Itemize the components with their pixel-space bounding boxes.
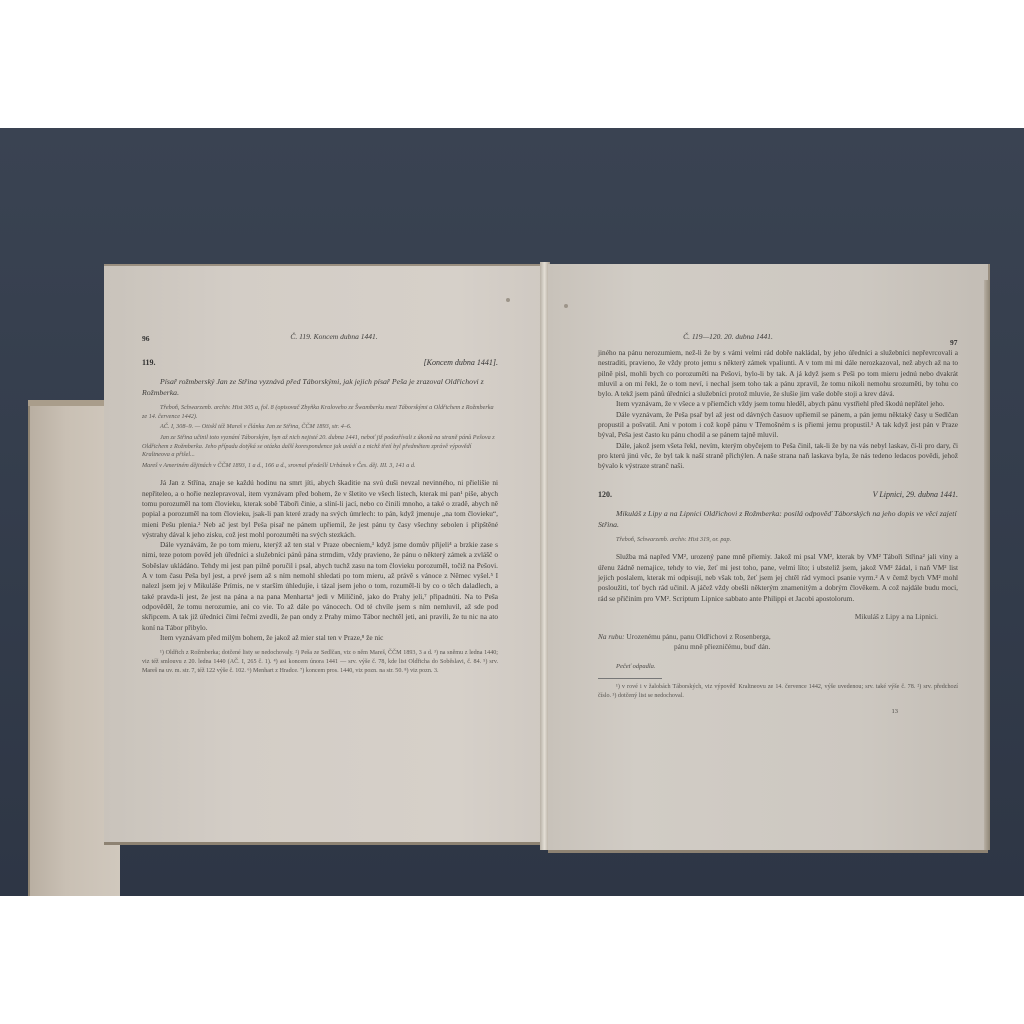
- address-line-1: Urozenému pánu, panu Oldřichovi z Rosenb…: [626, 632, 770, 641]
- document-number: 119.: [142, 358, 156, 368]
- document-date: V Lipnici, 29. dubna 1441.: [873, 490, 958, 500]
- book-photograph: 96 Č. 119. Koncem dubna 1441. 119. [Konc…: [0, 128, 1024, 896]
- source-line: Mareš v Ameriném dějinách v ČČM 1893, 1 …: [142, 462, 498, 471]
- paper-spot: [564, 304, 568, 308]
- source-line: Třeboň, Schwarzenb. archiv. Hist 305 a, …: [142, 404, 498, 421]
- book-page-edge-right: [984, 280, 990, 850]
- right-page: Č. 119—120. 20. dubna 1441. 97 jiného na…: [548, 264, 988, 850]
- address-line-2: pánu mně přiezničému, buď dán.: [598, 642, 958, 652]
- body-paragraph: jiného na pánu nerozumiem, než-li že by …: [598, 348, 958, 399]
- source-line: Třeboň, Schwarzenb. archiv. Hist 319, or…: [598, 536, 958, 545]
- right-page-content: jiného na pánu nerozumiem, než-li že by …: [598, 348, 958, 717]
- document-regest: Mikuláš z Lipy a na Lipnici Oldřichovi z…: [598, 508, 958, 530]
- body-paragraph: Dále vyznávám, že po tom mieru, kterýž a…: [142, 540, 498, 633]
- footnotes: ¹) Oldřich z Rožmberka; dotčené listy se…: [142, 649, 498, 675]
- letter-address: Na rubu: Urozenému pánu, panu Oldřichovi…: [598, 628, 958, 656]
- body-paragraph: Item vyznávam, že v všece a v přiemčich …: [598, 399, 958, 409]
- body-paragraph: Já Jan z Střína, znaje se každú hodinu n…: [142, 478, 498, 540]
- footnote-rule: [598, 678, 662, 679]
- source-line: Jan ze Střina učinil toto vyznání Tábors…: [142, 434, 498, 460]
- body-paragraph: Dále vyznávam, že Peša psař byl až jest …: [598, 410, 958, 441]
- body-paragraph: Item vyznávam před milým bohem, že jakož…: [142, 633, 498, 643]
- left-running-head: Č. 119. Koncem dubna 1441.: [104, 332, 544, 341]
- body-paragraph: Dále, jakož jsem všeta řekl, nevím, kter…: [598, 441, 958, 472]
- document-date: [Koncem dubna 1441].: [424, 358, 498, 368]
- address-label: Na rubu:: [598, 632, 625, 641]
- signature-mark: 13: [598, 707, 898, 717]
- left-page-content: 119. [Koncem dubna 1441]. Písař rožmbers…: [142, 344, 498, 682]
- document-heading: 120. V Lipnici, 29. dubna 1441.: [598, 490, 958, 500]
- right-page-number: 97: [950, 338, 958, 347]
- letter-signature: Mikuláš z Lipy a na Lipnici.: [598, 612, 938, 622]
- letter-body: Služba má napřed VM², urozený pane mně p…: [598, 552, 958, 603]
- paper-spot: [506, 298, 510, 302]
- left-page: 96 Č. 119. Koncem dubna 1441. 119. [Konc…: [104, 264, 544, 842]
- document-heading: 119. [Koncem dubna 1441].: [142, 358, 498, 368]
- seal-note: Pečeť odpadla.: [616, 662, 958, 672]
- document-regest: Písař rožmberský Jan ze Střina vyznává p…: [142, 376, 498, 398]
- source-line: AČ. I, 308–9. — Otiskl též Mareš v článk…: [142, 423, 498, 432]
- footnotes: ¹) v rové i v žalobách Táborských, viz v…: [598, 683, 958, 701]
- document-number: 120.: [598, 490, 612, 500]
- right-running-head: Č. 119—120. 20. dubna 1441.: [608, 332, 848, 341]
